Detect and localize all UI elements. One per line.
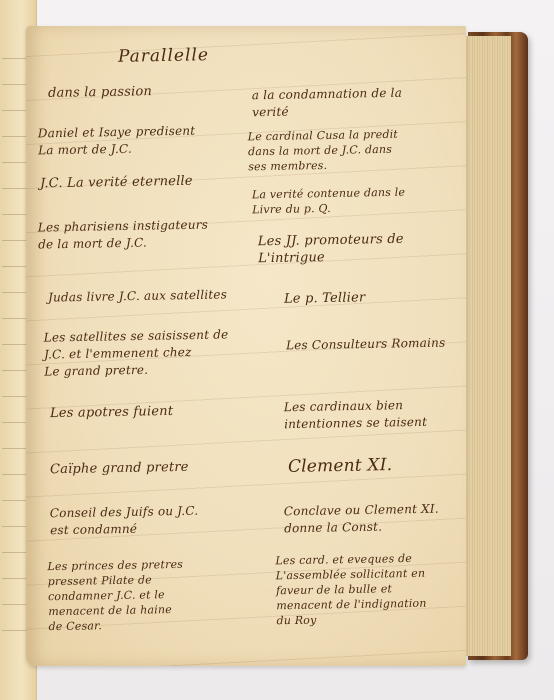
left-entry-2: Daniel et Isaye predisent La mort de J.C… xyxy=(38,123,196,160)
left-entry-1: dans la passion xyxy=(48,83,152,102)
right-entry-8: Clement XI. xyxy=(288,457,393,476)
manuscript-page: Parallelle dans la passion Daniel et Isa… xyxy=(26,26,466,666)
left-entry-7: Les apotres fuient xyxy=(50,403,173,422)
right-entry-6: Les Consulteurs Romains xyxy=(286,335,446,355)
left-entry-10: Les princes des pretres pressent Pilate … xyxy=(47,557,184,634)
left-entry-4: Les pharisiens instigateurs de la mort d… xyxy=(38,217,209,254)
right-entry-9: Conclave ou Clement XI. donne la Const. xyxy=(284,501,440,538)
left-entry-9: Conseil des Juifs ou J.C. est condamné xyxy=(50,503,199,540)
left-entry-5: Judas livre J.C. aux satellites xyxy=(48,286,227,306)
right-entry-3: La verité contenue dans le Livre du p. Q… xyxy=(252,185,406,218)
page-edges xyxy=(462,36,511,656)
page-heading: Parallelle xyxy=(118,47,209,66)
right-entry-1: a la condamnation de la verité xyxy=(252,85,403,122)
right-entry-10: Les card. et eveques de L'assemblée soll… xyxy=(275,551,427,629)
left-entry-6: Les satellites se saisissent de J.C. et … xyxy=(44,326,230,380)
right-entry-2: Le cardinal Cusa la predit dans la mort … xyxy=(248,127,399,175)
right-entry-7: Les cardinaux bien intentionnes se taise… xyxy=(284,397,428,433)
right-entry-5: Le p. Tellier xyxy=(284,289,366,307)
right-entry-4: Les JJ. promoteurs de L'intrigue xyxy=(258,231,404,268)
photo-scene: Parallelle dans la passion Daniel et Isa… xyxy=(0,0,554,700)
left-entry-8: Caïphe grand pretre xyxy=(50,459,189,478)
left-entry-3: J.C. La verité eternelle xyxy=(40,173,193,193)
